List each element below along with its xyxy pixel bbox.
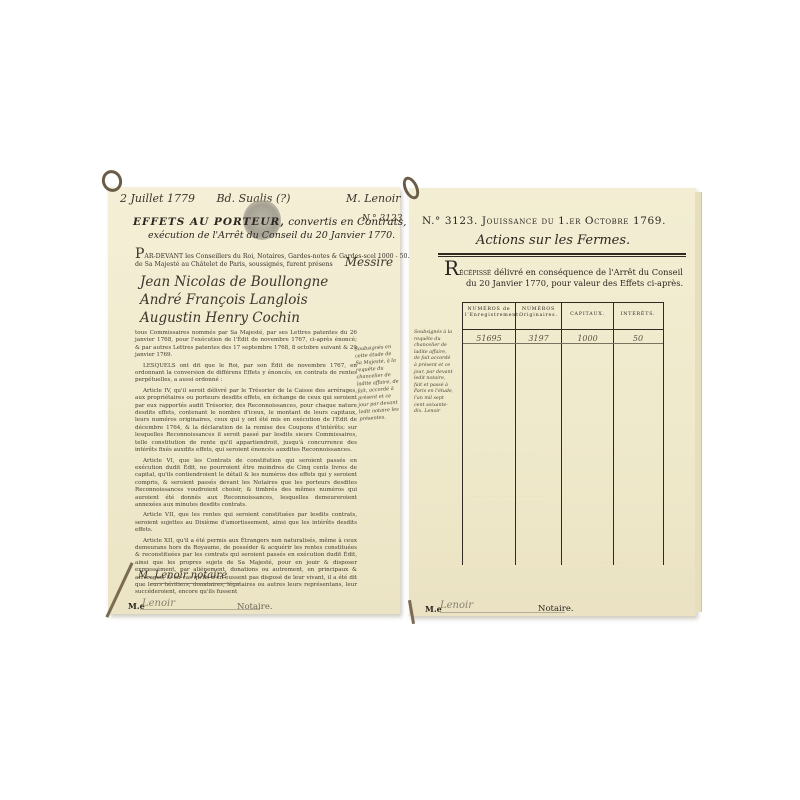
document-number: N.° 3123	[362, 214, 402, 224]
cell-interets: 50	[615, 334, 661, 343]
notary-underline	[150, 583, 240, 584]
intro-line-2: de Sa Majesté au Châtelet de Paris, sous…	[135, 258, 393, 269]
receipt-line-1: RÉCÉPISSÉ délivré en conséquence de l'Ar…	[444, 261, 683, 277]
col-header-interets: INTÉRÊTS.	[615, 312, 661, 318]
receipt-caps: ÉCÉPISSÉ	[459, 270, 491, 277]
paragraph-commissaires: tous Commissaires nommés par Sa Majesté,…	[135, 330, 357, 360]
handwritten-messire: Messire	[345, 255, 393, 269]
col-header-originaires: NUMÉROS Originaires.	[517, 307, 560, 319]
title-caps: EFFETS AU PORTEUR,	[133, 216, 285, 228]
right-margin-annotation: Soubsignés à la requête du chancelier de…	[414, 330, 454, 416]
left-page-subtitle: exécution de l'Arrêt du Conseil du 20 Ja…	[148, 230, 395, 241]
receipt-line-2: du 20 Janvier 1770, pour valeur des Effe…	[466, 278, 683, 288]
row-divider	[463, 343, 663, 344]
receipt-dropcap: R	[444, 256, 459, 280]
handwritten-name-1: Jean Nicolas de Boullongne	[140, 274, 328, 290]
right-page-title: Actions sur les Fermes.	[476, 233, 630, 248]
right-footer-signature: Lenoir	[440, 600, 473, 611]
right-footer-line	[440, 612, 565, 613]
effects-table: NUMÉROS de l'Enregistrement. NUMÉROS Ori…	[462, 302, 664, 565]
jouissance-date: Jouissance du 1.er Octobre 1769.	[482, 215, 666, 227]
title-rule-thick	[438, 253, 686, 255]
handwritten-date: 2 Juillet 1779	[120, 192, 195, 205]
body-text: tous Commissaires nommés par Sa Majesté,…	[135, 330, 357, 600]
cell-enregistrement: 51695	[465, 334, 513, 343]
paragraph-lesquels: LESQUELS ont dit que le Roi, par son Édi…	[135, 363, 357, 385]
handwritten-notary-name: M. Lenoir	[346, 192, 401, 205]
handwritten-name-3: Augustin Henry Cochin	[140, 310, 300, 326]
paragraph-article-iv: Article IV, qu'il seroit délivré par le …	[135, 388, 357, 455]
col-header-enregistrement: NUMÉROS de l'Enregistrement.	[465, 307, 513, 319]
cell-originaires: 3197	[517, 334, 560, 343]
title-rule-thin	[438, 256, 686, 257]
paragraph-article-vi: Article VI, que les Contrats de constitu…	[135, 458, 357, 510]
paragraph-article-vii: Article VII, que les rentes qui seroient…	[135, 512, 357, 534]
right-doc-number: N.° 3123.	[422, 215, 478, 227]
right-page-header: N.° 3123. Jouissance du 1.er Octobre 176…	[422, 215, 666, 227]
paragraph-article-xii: Article XII, qu'il a été permis aux Étra…	[135, 538, 357, 597]
handwritten-name-2: André François Langlois	[140, 292, 308, 308]
left-margin-annotation: Soubsignés en cette étude de Sa Majesté,…	[354, 344, 401, 424]
header-divider	[463, 329, 663, 330]
left-footer-line	[140, 609, 260, 610]
receipt-text-1: délivré en conséquence de l'Arrêt du Con…	[491, 267, 683, 277]
col-header-capitaux: CAPITAUX.	[563, 312, 612, 318]
left-footer-signature: Lenoir	[142, 598, 175, 609]
cell-capitaux: 1000	[563, 334, 612, 343]
left-footer-notaire-label: Notaire.	[237, 602, 273, 612]
handwritten-notary-line: M. Lenoir notaire	[138, 570, 227, 581]
intro-text-2: de Sa Majesté au Châtelet de Paris, sous…	[135, 261, 333, 268]
